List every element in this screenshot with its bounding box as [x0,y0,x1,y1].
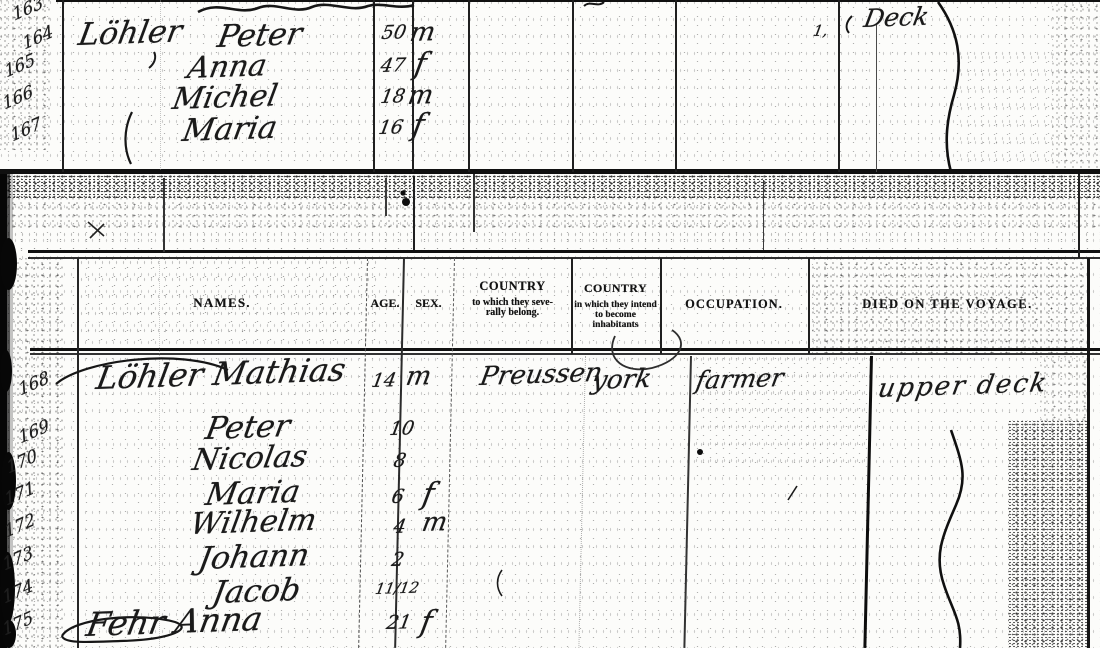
entry-surname: Löhler [76,16,184,51]
entry-age: 21 [385,613,413,633]
country-belong-header-line2: rally belong. [454,308,571,319]
entry-sex: m [406,82,435,109]
wavy-column-line [940,430,963,648]
entry-age: 10 [388,419,416,439]
country-belong-header-title: COUNTRY [454,280,571,294]
died-column-header: DIED ON THE VOYAGE. [808,298,1087,312]
age-column-header: AGE. [367,297,403,310]
ink-blot [402,198,410,206]
country-intend-header-title: COUNTRY [571,282,660,295]
names-column-header: NAMES. [77,296,367,310]
entry-age: 47 [379,56,407,76]
scanned-passenger-manifest: 163 164 165 166 167 Löhler Peter 50 m An… [0,0,1100,648]
entry-name: Fehr Anna [84,602,265,641]
entry-sex: m [404,363,433,390]
occupation-column-header: OCCUPATION. [660,298,808,312]
died-annotation: Deck [862,4,931,31]
margin-mark: 1, [812,24,829,39]
sex-column-header: SEX. [403,297,454,310]
wavy-column-line [938,2,959,172]
entry-age: 18 [379,87,407,107]
pen-stroke [149,52,155,68]
entry-name: Löhler Mathias [94,353,348,394]
cutoff-handwriting-scribble [198,5,414,12]
entry-age: 16 [377,118,405,138]
entry-name: Wilhelm [188,506,319,540]
entry-occupation: farmer [694,365,786,393]
entry-age: 14 [370,371,398,391]
pencil-x-mark [88,222,104,238]
country-intend-header-line2: to become inhabitants [571,310,660,331]
pen-stroke [847,16,852,33]
pen-marks-layer [0,0,1100,648]
entry-country-intend: york [590,366,654,394]
cutoff-mark [584,2,604,6]
entry-country-belong: Preussen [478,360,604,390]
entry-age: 11/12 [374,581,420,597]
ink-blot [400,190,405,195]
entry-age: 50 [380,23,408,43]
entry-name: Johann [196,540,312,575]
entry-name: Nicolas [190,442,310,476]
entry-given-name: Maria [180,113,280,147]
pen-stroke [788,486,797,500]
pen-stroke [498,570,503,596]
entry-sex: m [408,19,437,46]
pen-stroke [125,112,132,164]
ink-blot [697,449,703,455]
country-intend-header-line1: in which they intend [571,300,660,310]
entry-sex: m [420,509,449,536]
entry-died: upper deck [876,370,1050,402]
